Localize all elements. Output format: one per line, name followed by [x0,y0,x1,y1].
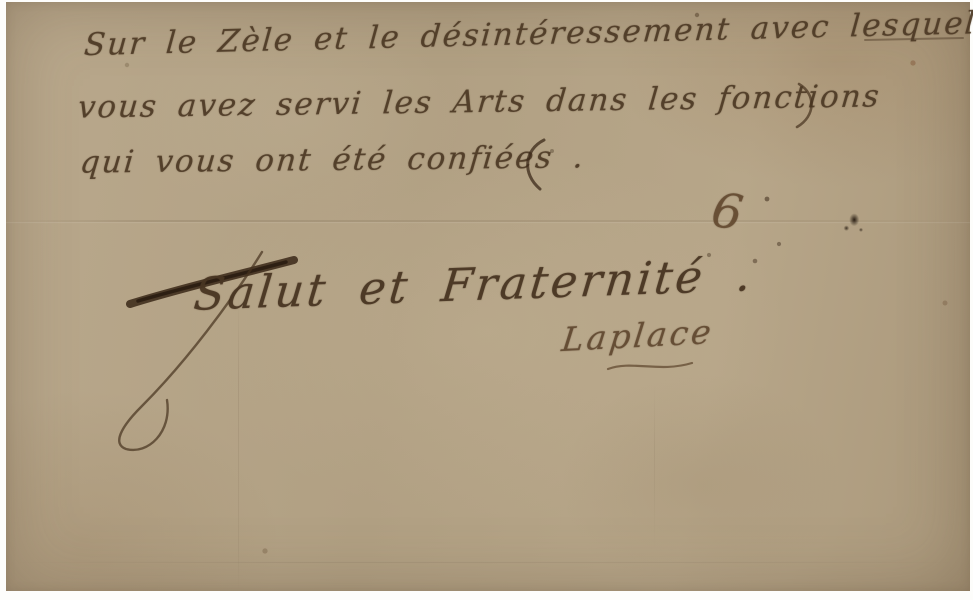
ink-blot [838,208,866,236]
pen-flourish-icon [518,138,548,192]
manuscript-line-3: qui vous ont été confiées . [78,139,587,180]
ink-speckles [6,2,8,4]
fold-crease-vertical [654,382,655,551]
pen-flourish-icon [794,82,820,130]
manuscript-line-2: vous avez servi les Arts dans les foncti… [76,78,882,125]
paper-sheet: Sur le Zèle et le désintéressement avec … [6,2,970,591]
signature-flourish-icon [604,358,696,374]
fold-crease-horizontal [6,220,970,222]
signature: Laplace [560,312,717,359]
ink-numeral: 6 [708,182,747,242]
manuscript-photo: Sur le Zèle et le désintéressement avec … [0,0,973,600]
manuscript-line-1: Sur le Zèle et le désintéressement avec … [83,5,973,63]
fold-crease-horizontal [6,562,970,563]
